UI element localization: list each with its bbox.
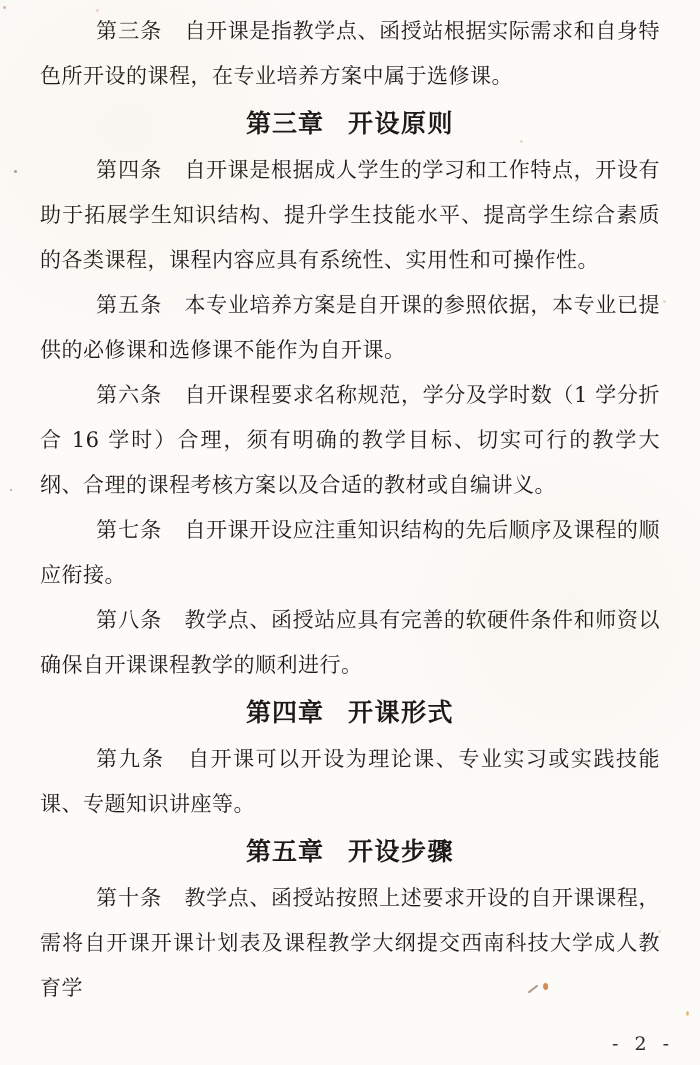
pen-mark-tick (686, 1011, 689, 1016)
page-number: - 2 - (612, 1033, 674, 1055)
article-paragraph: 第四条自开课是根据成人学生的学习和工作特点，开设有助于拓展学生知识结构、提升学生… (40, 148, 660, 283)
document-body: 第三条自开课是指教学点、函授站根据实际需求和自身特色所开设的课程，在专业培养方案… (0, 0, 700, 1011)
article-paragraph: 第五条本专业培养方案是自开课的参照依据，本专业已提供的必修课和选修课不能作为自开… (40, 283, 660, 373)
chapter-number: 第四章 (246, 698, 324, 727)
chapter-title: 开课形式 (348, 698, 454, 727)
article-number: 第五条 (96, 293, 162, 317)
scanned-document-page: 第三条自开课是指教学点、函授站根据实际需求和自身特色所开设的课程，在专业培养方案… (0, 0, 700, 1065)
article-number: 第八条 (96, 608, 162, 632)
chapter-heading: 第三章开设原则 (40, 100, 660, 147)
article-paragraph: 第七条自开课开设应注重知识结构的先后顺序及课程的顺应衔接。 (40, 508, 660, 598)
article-paragraph: 第八条教学点、函授站应具有完善的软硬件条件和师资以确保自开课课程教学的顺利进行。 (40, 598, 660, 688)
chapter-heading: 第四章开课形式 (40, 689, 660, 736)
chapter-title: 开设原则 (348, 109, 454, 138)
article-number: 第七条 (96, 518, 162, 542)
article-number: 第九条 (96, 747, 165, 771)
article-paragraph: 第十条教学点、函授站按照上述要求开设的自开课课程，需将自开课开课计划表及课程教学… (40, 876, 660, 1011)
chapter-heading: 第五章开设步骤 (40, 828, 660, 875)
chapter-title: 开设步骤 (348, 837, 454, 866)
article-number: 第四条 (96, 158, 162, 182)
article-paragraph: 第六条自开课程要求名称规范，学分及学时数（1 学分折合 16 学时）合理，须有明… (40, 373, 660, 508)
article-number: 第三条 (96, 19, 162, 43)
article-number: 第十条 (96, 886, 162, 910)
chapter-number: 第五章 (246, 837, 324, 866)
article-number: 第六条 (96, 383, 162, 407)
article-paragraph: 第三条自开课是指教学点、函授站根据实际需求和自身特色所开设的课程，在专业培养方案… (40, 9, 660, 99)
chapter-number: 第三章 (246, 109, 324, 138)
article-paragraph: 第九条自开课可以开设为理论课、专业实习或实践技能课、专题知识讲座等。 (40, 737, 660, 827)
